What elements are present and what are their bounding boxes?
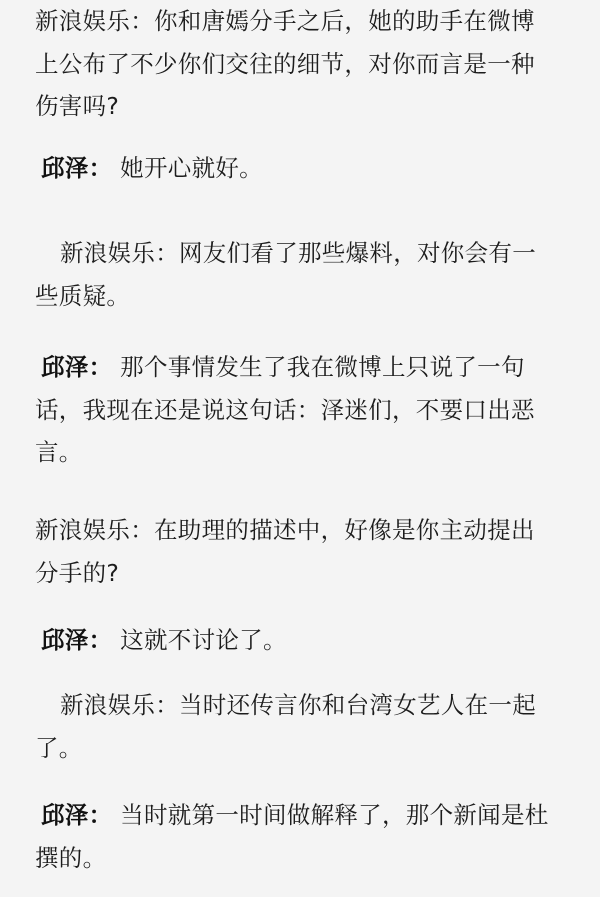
paragraph-text: 这就不讨论了。	[112, 626, 286, 654]
paragraph-text: 当时就第一时间做解释了，那个新闻是杜撰的。	[35, 801, 549, 872]
answer-paragraph: 邱泽： 那个事情发生了我在微博上只说了一句话，我现在还是说这句话：泽迷们，不要口…	[35, 346, 555, 474]
speaker-label: 新浪娱乐：	[35, 7, 154, 35]
question-paragraph: 新浪娱乐：网友们看了那些爆料，对你会有一些质疑。	[35, 232, 555, 317]
speaker-label: 邱泽：	[41, 626, 112, 654]
speaker-label: 新浪娱乐：	[35, 516, 154, 544]
question-paragraph: 新浪娱乐：当时还传言你和台湾女艺人在一起了。	[35, 684, 555, 769]
speaker-label: 邱泽：	[41, 154, 112, 182]
speaker-label: 新浪娱乐：	[60, 691, 179, 719]
speaker-label: 邱泽：	[41, 353, 112, 381]
answer-paragraph: 邱泽： 她开心就好。	[35, 147, 555, 190]
speaker-label: 邱泽：	[41, 801, 112, 829]
answer-paragraph: 邱泽： 这就不讨论了。	[35, 619, 555, 662]
speaker-label: 新浪娱乐：	[60, 239, 179, 267]
answer-paragraph: 邱泽： 当时就第一时间做解释了，那个新闻是杜撰的。	[35, 794, 555, 879]
question-paragraph: 新浪娱乐：在助理的描述中，好像是你主动提出分手的?	[35, 509, 555, 594]
paragraph-text: 她开心就好。	[112, 154, 263, 182]
question-paragraph: 新浪娱乐：你和唐嫣分手之后，她的助手在微博上公布了不少你们交往的细节，对你而言是…	[35, 0, 555, 128]
